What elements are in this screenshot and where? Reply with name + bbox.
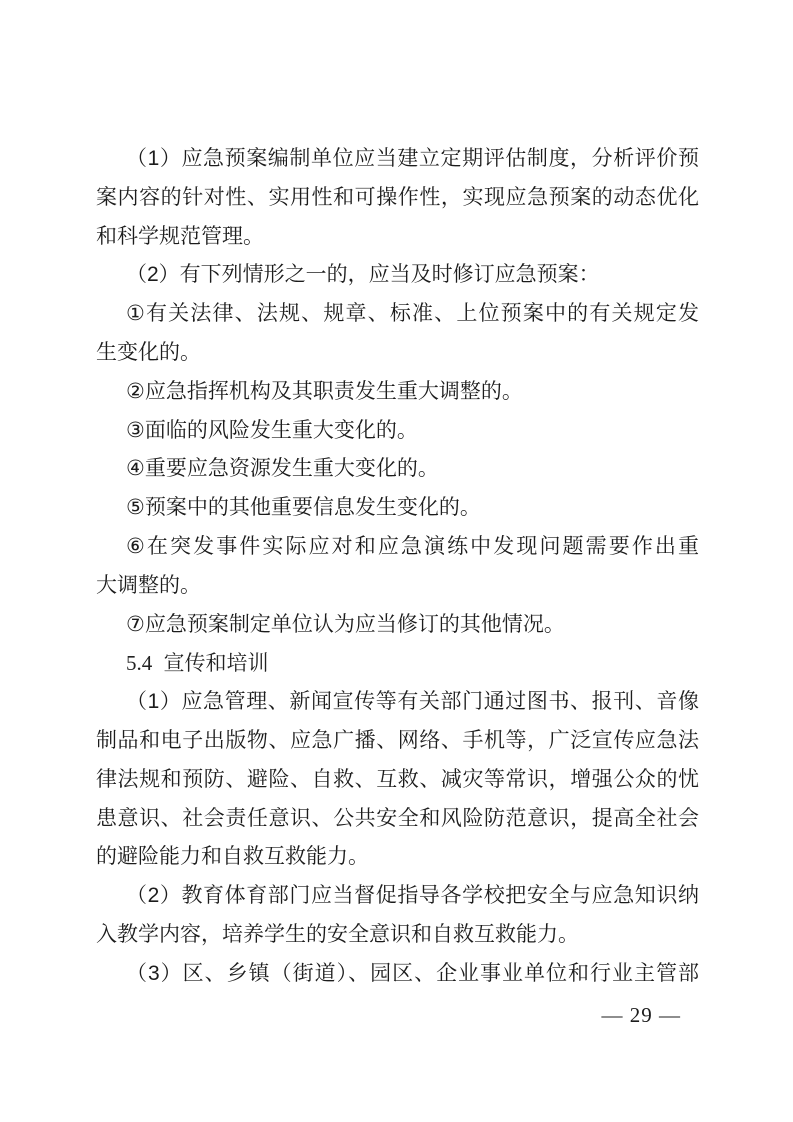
text-line: ⑦应急预案制定单位认为应当修订的其他情况。 [96, 606, 699, 645]
text-line: ③面临的风险发生重大变化的。 [96, 412, 699, 451]
text-line: 患意识、社会责任意识、公共安全和风险防范意识，提高全社会 [96, 800, 699, 839]
text-line: ②应急指挥机构及其职责发生重大调整的。 [96, 373, 699, 412]
section-heading: 5.4 宣传和培训 [96, 644, 699, 683]
text-line: ④重要应急资源发生重大变化的。 [96, 450, 699, 489]
text-line: 的避险能力和自救互救能力。 [96, 838, 699, 877]
text-line: （1）应急管理、新闻宣传等有关部门通过图书、报刊、音像 [96, 683, 699, 722]
text-line: 律法规和预防、避险、自救、互救、减灾等常识，增强公众的忧 [96, 761, 699, 800]
text-line: 大调整的。 [96, 567, 699, 606]
text-line: 入教学内容，培养学生的安全意识和自救互救能力。 [96, 916, 699, 955]
text-line: 和科学规范管理。 [96, 218, 699, 257]
text-line: 制品和电子出版物、应急广播、网络、手机等，广泛宣传应急法 [96, 722, 699, 761]
document-page: （1）应急预案编制单位应当建立定期评估制度，分析评价预案内容的针对性、实用性和可… [0, 0, 793, 1122]
page-number: — 29 — [602, 1002, 682, 1028]
text-line: 案内容的针对性、实用性和可操作性，实现应急预案的动态优化 [96, 179, 699, 218]
text-line: ⑤预案中的其他重要信息发生变化的。 [96, 489, 699, 528]
text-line: ①有关法律、法规、规章、标准、上位预案中的有关规定发 [96, 295, 699, 334]
text-line: （2）教育体育部门应当督促指导各学校把安全与应急知识纳 [96, 877, 699, 916]
text-line: 生变化的。 [96, 334, 699, 373]
text-line: ⑥在突发事件实际应对和应急演练中发现问题需要作出重 [96, 528, 699, 567]
text-line: （3）区、乡镇（街道）、园区、企业事业单位和行业主管部 [96, 955, 699, 994]
text-line: （2）有下列情形之一的，应当及时修订应急预案： [96, 256, 699, 295]
document-body: （1）应急预案编制单位应当建立定期评估制度，分析评价预案内容的针对性、实用性和可… [96, 140, 699, 994]
text-line: （1）应急预案编制单位应当建立定期评估制度，分析评价预 [96, 140, 699, 179]
